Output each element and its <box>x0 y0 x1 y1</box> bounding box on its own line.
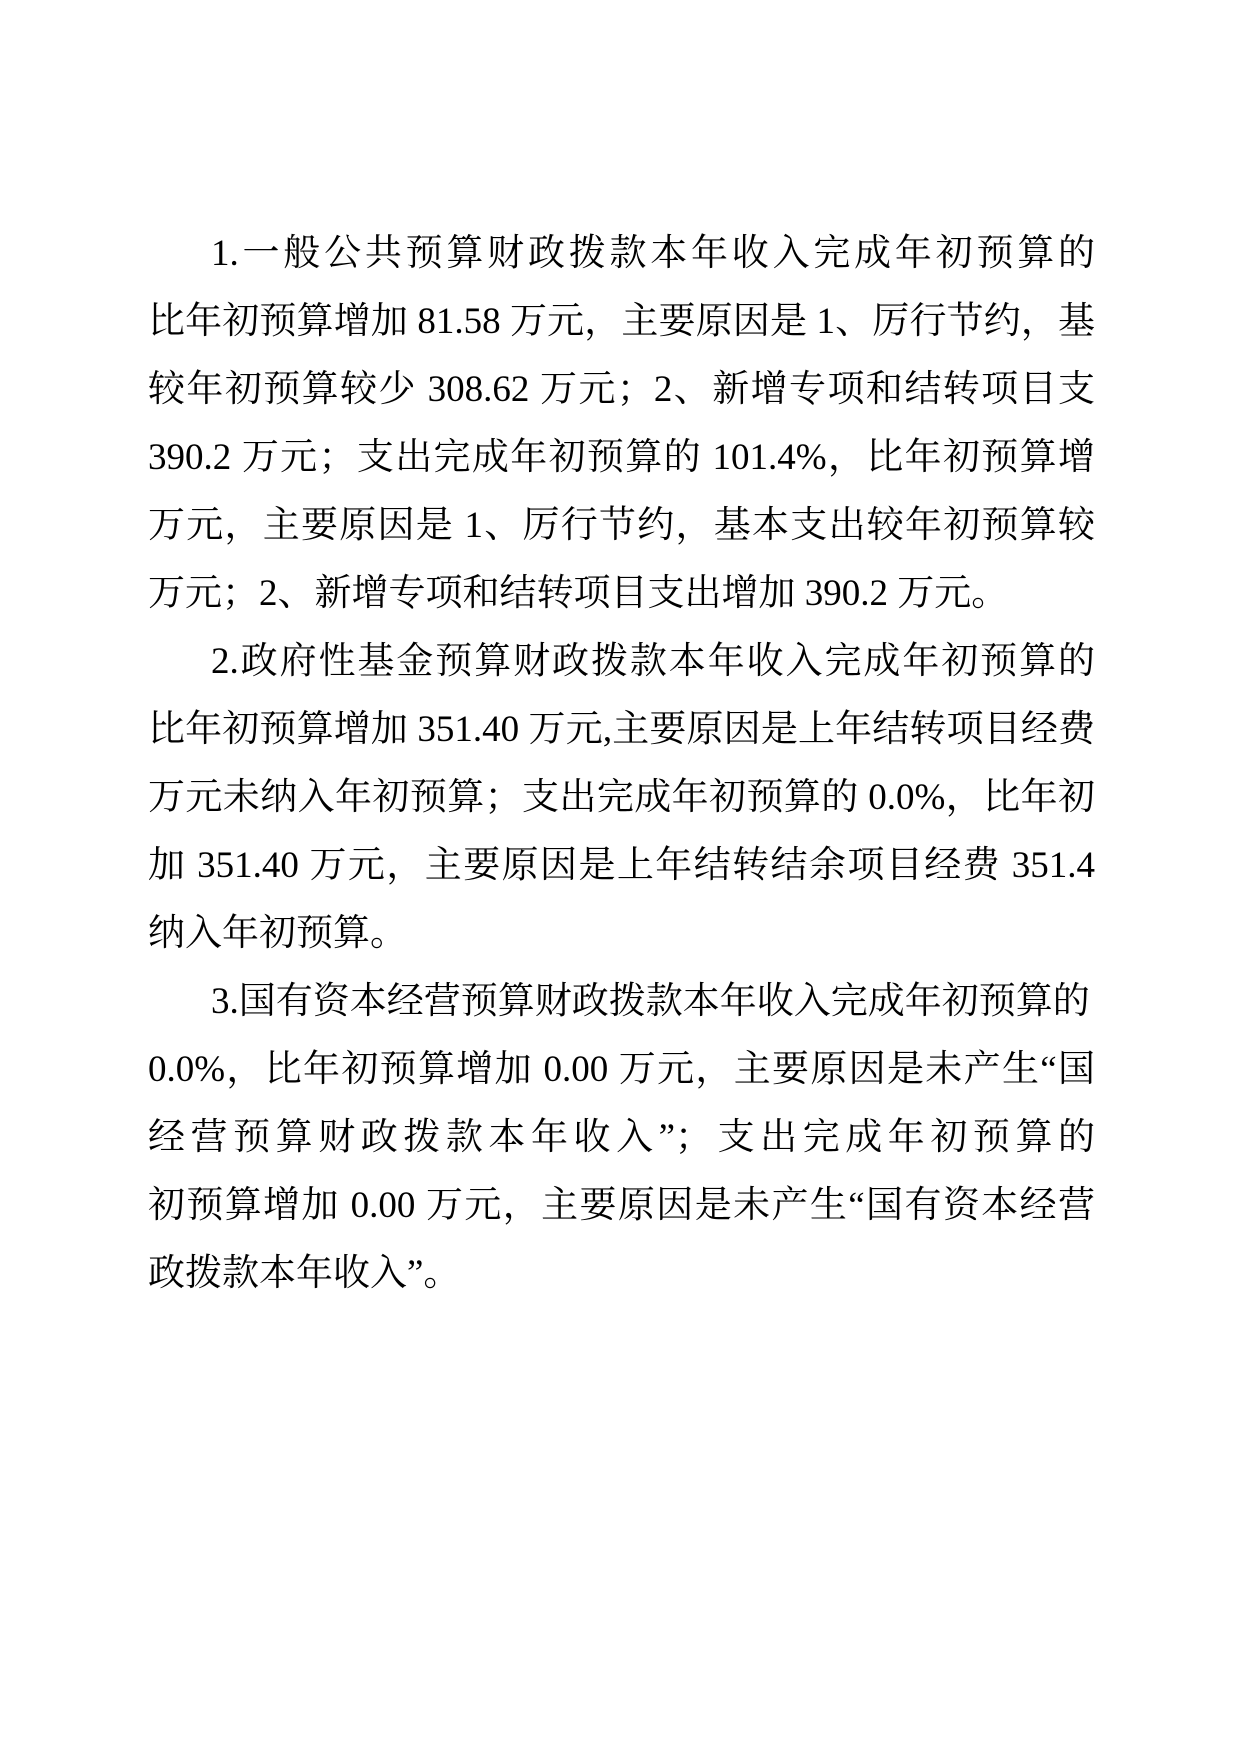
text-block: 1.一般公共预算财政拨款本年收入完成年初预算的 101.4%， 比年初预算增加 … <box>148 220 1095 1308</box>
text-line: 2.政府性基金预算财政拨款本年收入完成年初预算的 0.0%， <box>148 628 1095 696</box>
text-line: 万元未纳入年初预算；支出完成年初预算的 0.0%，比年初预算增 <box>148 764 1095 832</box>
text-line: 比年初预算增加 81.58 万元，主要原因是 1、厉行节约，基本支出 <box>148 288 1095 356</box>
text-line: 经营预算财政拨款本年收入”；支出完成年初预算的 0.0%，比年 <box>148 1104 1095 1172</box>
text-line: 初预算增加 0.00 万元，主要原因是未产生“国有资本经营预算财 <box>148 1172 1095 1240</box>
text-line: 390.2 万元；支出完成年初预算的 101.4%，比年初预算增加 81.58 <box>148 424 1095 492</box>
text-line: 3.国有资本经营预算财政拨款本年收入完成年初预算的 <box>148 968 1095 1036</box>
text-line: 政拨款本年收入”。 <box>148 1240 1095 1308</box>
text-line: 1.一般公共预算财政拨款本年收入完成年初预算的 101.4%， <box>148 220 1095 288</box>
text-line: 加 351.40 万元，主要原因是上年结转结余项目经费 351.4 万元未 <box>148 832 1095 900</box>
text-line: 0.0%，比年初预算增加 0.00 万元，主要原因是未产生“国有资本 <box>148 1036 1095 1104</box>
text-line: 万元；2、新增专项和结转项目支出增加 390.2 万元。 <box>148 560 1095 628</box>
paragraph-1: 1.一般公共预算财政拨款本年收入完成年初预算的 101.4%， 比年初预算增加 … <box>148 220 1095 628</box>
text-line: 比年初预算增加 351.40 万元,主要原因是上年结转项目经费 351.4 <box>148 696 1095 764</box>
paragraph-3: 3.国有资本经营预算财政拨款本年收入完成年初预算的 0.0%，比年初预算增加 0… <box>148 968 1095 1308</box>
paragraph-2: 2.政府性基金预算财政拨款本年收入完成年初预算的 0.0%， 比年初预算增加 3… <box>148 628 1095 968</box>
text-line: 纳入年初预算。 <box>148 900 1095 968</box>
document-page: 1.一般公共预算财政拨款本年收入完成年初预算的 101.4%， 比年初预算增加 … <box>0 0 1241 1754</box>
text-line: 万元，主要原因是 1、厉行节约，基本支出较年初预算较少 308.62 <box>148 492 1095 560</box>
text-line: 较年初预算较少 308.62 万元；2、新增专项和结转项目支出增加 <box>148 356 1095 424</box>
